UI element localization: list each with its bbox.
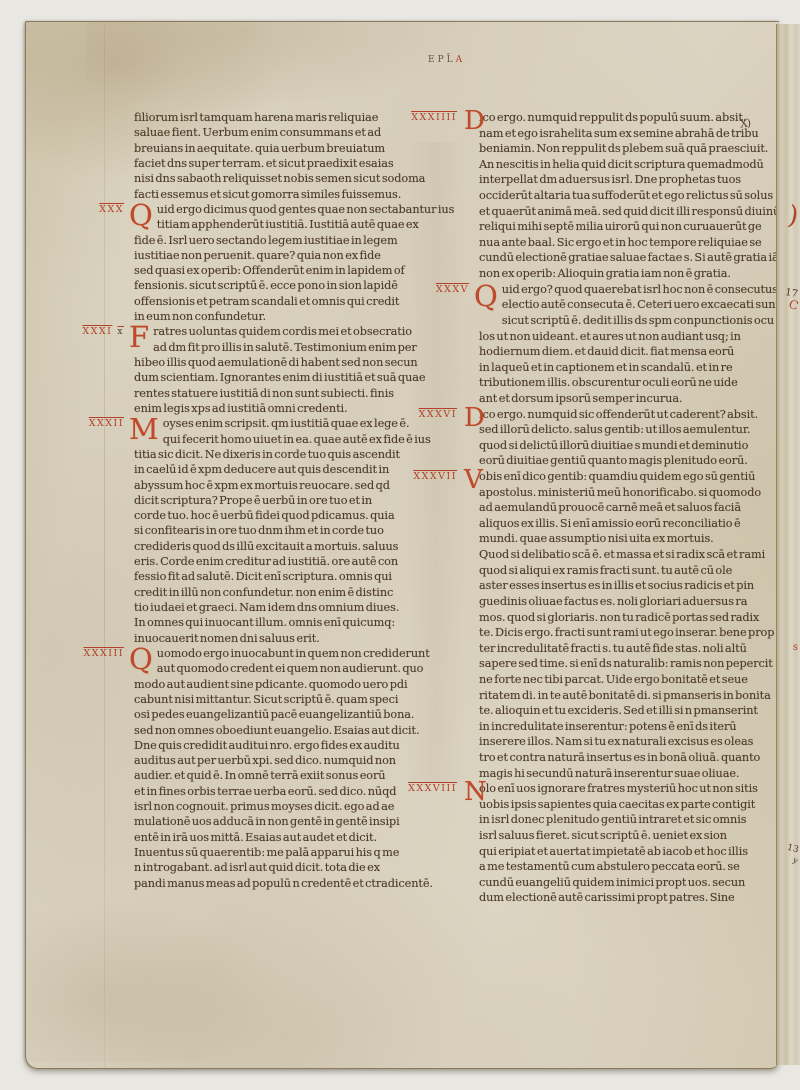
text-line: nua ante baal. Sic ergo et in hoc tempor…: [479, 235, 779, 251]
text-line: fessio fit ad salutē. Dicit enī scriptur…: [134, 569, 439, 584]
text-line: titia sic dicit. Ne dixeris in corde tuo…: [134, 447, 439, 462]
text-line: In omnes qui inuocant illum. omnis enī q…: [134, 615, 439, 630]
text-line: cabunt nisi mittantur. Sicut scriptū ē. …: [134, 692, 439, 707]
text-line: credideris quod ds illū excitauit a mort…: [134, 539, 439, 554]
text-line: tributionem illis. obscurentur oculi eor…: [479, 375, 779, 391]
text-section: XXXIIIIDico ergo. numquid reppulit ds po…: [479, 110, 779, 282]
text-line: qui eripiat et auertat impietatē ab iaco…: [479, 844, 779, 860]
text-line: obis enī dico gentib: quamdiu quidem ego…: [479, 469, 779, 485]
text-line: in laqueū et in captionem et in scandalū…: [479, 360, 779, 376]
text-line: guedinis oliuae factus es. noli gloriari…: [479, 594, 779, 610]
text-line: filiorum isrl tamquam harena maris reliq…: [134, 110, 439, 125]
text-line: Quod si delibatio scā ē. et massa et si …: [479, 547, 779, 563]
text-line: saluae fient. Uerbum enim consummans et …: [134, 125, 439, 140]
text-line: quod si aliqui ex ramis fracti sunt. tu …: [479, 563, 779, 579]
text-line: sed quasi ex operib: Offenderūt enim in …: [134, 263, 439, 278]
text-line: hibeo illis quod aemulationē di habent s…: [134, 355, 439, 370]
text-line: in eum non confundetur.: [134, 309, 439, 324]
text-line: Inuentus sū quaerentib: me palā apparui …: [134, 845, 439, 860]
fore-edge: )17Cs13y: [776, 24, 800, 1065]
text-line: An nescitis in helia quid dicit scriptur…: [479, 157, 779, 173]
drop-cap-initial: F: [129, 324, 153, 355]
chapter-numeral: XXXVII: [413, 471, 457, 482]
drop-cap-initial: M: [129, 416, 163, 447]
text-line: isrl saluus fieret. sicut scriptū ē. uen…: [479, 828, 779, 844]
text-line: inuocauerit nomen dni saluus erit.: [134, 631, 439, 646]
text-line: aster esses insertus es in illis et soci…: [479, 578, 779, 594]
running-title: EPL̄A: [428, 55, 465, 65]
text-line: in incredulitate inserentur: potens ē en…: [479, 719, 779, 735]
text-line: cundū euangeliū quidem inimici propt uos…: [479, 875, 779, 891]
text-line: modo aut audient sine pdicante. quomodo …: [134, 677, 439, 692]
drop-cap-initial: Q: [129, 646, 157, 677]
photograph-backdrop: EPL̄A X) filiorum isrl tamquam harena ma…: [0, 0, 800, 1090]
parchment-stain: [26, 902, 286, 1062]
text-line: electio autē consecuta ē. Ceteri uero ex…: [479, 297, 779, 313]
text-line: ico ergo. numquid reppulit ds populū suu…: [479, 110, 779, 126]
text-line: n introgabant. ad isrl aut quid dicit. t…: [134, 860, 439, 875]
text-line: fide ē. Isrl uero sectando legem iustiti…: [134, 233, 439, 248]
parchment-stain: [86, 22, 466, 112]
text-column-right: XXXIIIIDico ergo. numquid reppulit ds po…: [479, 110, 779, 906]
text-line: interpellat dm aduersus isrl. Dne prophe…: [479, 172, 779, 188]
text-line: tio iudaei et graeci. Nam idem dns omniu…: [134, 600, 439, 615]
text-line: oyses enim scripsit. qm iustitiā quae ex…: [134, 416, 439, 431]
text-line: in caelū id ē xpm deducere aut quis desc…: [134, 462, 439, 477]
text-line: pandi manus meas ad populū n credentē et…: [134, 876, 439, 891]
running-title-text: EPL̄: [428, 55, 456, 65]
text-line: faciet dns super terram. et sicut praedi…: [134, 156, 439, 171]
margin-ruling-line: [104, 22, 105, 1068]
text-line: sed non omnes oboediunt euangelio. Esaia…: [134, 723, 439, 738]
text-line: isrl non cognouit. primus moyses dicit. …: [134, 799, 439, 814]
text-line: te. Dicis ergo. fracti sunt rami ut ego …: [479, 625, 779, 641]
text-line: titiam apphenderūt iustitiā. Iustitiā au…: [134, 217, 439, 232]
text-section: XXXIIMoyses enim scripsit. qm iustitiā q…: [134, 416, 439, 646]
text-line: ne forte nec tibi parcat. Uide ergo boni…: [479, 672, 779, 688]
text-line: occiderūt altaria tua suffoderūt et ego …: [479, 188, 779, 204]
fore-edge-mark: C: [787, 298, 799, 312]
text-line: fensionis. sicut scriptū ē. ecce pono in…: [134, 278, 439, 293]
drop-cap-initial: D: [464, 108, 485, 134]
chapter-numeral: XXXVI: [419, 409, 457, 420]
text-section: filiorum isrl tamquam harena maris reliq…: [134, 110, 439, 202]
text-line: entē in irā uos mittā. Esaias aut audet …: [134, 830, 439, 845]
fore-edge-mark: s: [793, 643, 798, 653]
text-line: et quaerūt animā meā. sed quid dicit ill…: [479, 204, 779, 220]
text-line: quod si delictū illorū diuitiae s mundi …: [479, 438, 779, 454]
text-line: et in fines orbis terrae uerba eorū. sed…: [134, 784, 439, 799]
chapter-numeral: XXXV: [436, 284, 469, 295]
text-line: cundū electionē gratiae saluae factae s.…: [479, 250, 779, 266]
text-line: ter incredulitatē fracti s. tu autē fide…: [479, 641, 779, 657]
text-line: a me testamentū cum abstulero peccata eo…: [479, 859, 779, 875]
manuscript-page: EPL̄A X) filiorum isrl tamquam harena ma…: [25, 21, 779, 1069]
text-line: credit in illū non confundetur. non enim…: [134, 585, 439, 600]
text-line: mos. quod si gloriaris. non tu radicē po…: [479, 610, 779, 626]
text-section: XXXIIIQuomodo ergo inuocabunt in quem no…: [134, 646, 439, 891]
text-line: ad aemulandū prouocē carnē meā et saluos…: [479, 500, 779, 516]
drop-cap-initial: Q: [474, 282, 502, 313]
text-line: auditus aut per uerbū xpi. sed dico. num…: [134, 753, 439, 768]
text-section: XXXVQuid ergo? quod quaerebat isrl hoc n…: [479, 282, 779, 407]
text-line: audier. et quid ē. In omnē terrā exiit s…: [134, 768, 439, 783]
marginal-x-mark: x: [117, 327, 124, 337]
text-line: in isrl donec plenitudo gentiū intraret …: [479, 812, 779, 828]
text-line: sicut scriptū ē. dedit illis ds spm conp…: [479, 313, 779, 329]
text-line: te. alioquin et tu excideris. Sed et ill…: [479, 703, 779, 719]
text-line: Dne quis credidit auditui nro. ergo fide…: [134, 738, 439, 753]
text-line: iustitiae non peruenit. quare? quia non …: [134, 248, 439, 263]
text-line: dicit scriptura? Prope ē uerbū in ore tu…: [134, 493, 439, 508]
fore-edge-mark: y: [792, 856, 799, 865]
text-line: osi pedes euangelizantiū pacē euangeliza…: [134, 707, 439, 722]
text-line: beniamin. Non reppulit ds plebem suā quā…: [479, 141, 779, 157]
text-line: inserere illos. Nam si tu ex naturali ex…: [479, 734, 779, 750]
text-section: XXXQuid ergo dicimus quod gentes quae no…: [134, 202, 439, 325]
drop-cap-initial: D: [464, 405, 485, 431]
text-line: uid ergo dicimus quod gentes quae non se…: [134, 202, 439, 217]
text-line: uobis ipsis sapientes quia caecitas ex p…: [479, 797, 779, 813]
text-line: breuians in aequitate. quia uerbum breui…: [134, 141, 439, 156]
text-section: XXXVIIVobis enī dico gentib: quamdiu qui…: [479, 469, 779, 781]
chapter-numeral: XXXII: [89, 418, 124, 429]
text-line: corde tuo. hoc ē uerbū fidei quod pdicam…: [134, 508, 439, 523]
fore-edge-mark: ): [786, 202, 800, 229]
text-line: nisi dns sabaoth reliquisset nobis semen…: [134, 171, 439, 186]
text-line: nam et ego israhelita sum ex semine abra…: [479, 126, 779, 142]
text-line: apostolus. ministeriū meū honorificabo. …: [479, 485, 779, 501]
running-title-red-letter: A: [456, 55, 466, 65]
text-line: eorū diuitiae gentiū quanto magis plenit…: [479, 453, 779, 469]
text-line: mulationē uos adducā in non gentē in gen…: [134, 814, 439, 829]
text-line: ad dm fit pro illis in salutē. Testimoni…: [134, 340, 439, 355]
chapter-numeral: XXXVIII: [408, 783, 457, 794]
text-line: dum scientiam. Ignorantes enim di iustit…: [134, 370, 439, 385]
text-line: qui fecerit homo uiuet in ea. quae autē …: [134, 432, 439, 447]
text-line: ritatem di. in te autē bonitatē di. si p…: [479, 688, 779, 704]
text-line: mundi. quae assumptio nisi uita ex mortu…: [479, 531, 779, 547]
text-line: eris. Corde enim creditur ad iustitiā. o…: [134, 554, 439, 569]
text-line: si confitearis in ore tuo dnm ihm et in …: [134, 523, 439, 538]
chapter-numeral: XXXIIII: [411, 112, 457, 123]
text-line: los ut non uideant. et aures ut non audi…: [479, 329, 779, 345]
text-line: non ex operib: Alioquin gratia iam non ē…: [479, 266, 779, 282]
text-line: aliquos ex illis. Si enī amissio eorū re…: [479, 516, 779, 532]
text-line: offensionis et petram scandali et omnis …: [134, 294, 439, 309]
text-line: ant et dorsum ipsorū semper incurua.: [479, 391, 779, 407]
text-column-left: filiorum isrl tamquam harena maris reliq…: [134, 110, 439, 891]
drop-cap-initial: N: [464, 779, 487, 805]
text-line: facti essemus et sicut gomorra similes f…: [134, 187, 439, 202]
text-line: sapere sed time. si enī ds naturalib: ra…: [479, 656, 779, 672]
text-line: rentes statuere iustitiā di non sunt sub…: [134, 386, 439, 401]
text-line: dum electionē autē carissimi propt patre…: [479, 890, 779, 906]
chapter-numeral: XXXIx: [82, 326, 124, 337]
text-line: uid ergo? quod quaerebat isrl hoc non ē …: [479, 282, 779, 298]
text-line: ico ergo. numquid sic offenderūt ut cade…: [479, 407, 779, 423]
text-line: tro et contra naturā insertus es in bonā…: [479, 750, 779, 766]
text-line: ratres uoluntas quidem cordis mei et obs…: [134, 324, 439, 339]
text-line: abyssum hoc ē xpm ex mortuis reuocare. s…: [134, 478, 439, 493]
text-section: XXXIxFratres uoluntas quidem cordis mei …: [134, 324, 439, 416]
text-line: uomodo ergo inuocabunt in quem non credi…: [134, 646, 439, 661]
text-line: magis hi secundū naturā inserentur suae …: [479, 766, 779, 782]
drop-cap-initial: Q: [129, 202, 157, 233]
text-line: enim legis xps ad iustitiā omni credenti…: [134, 401, 439, 416]
text-line: sed illorū delicto. salus gentib: ut ill…: [479, 422, 779, 438]
text-section: XXXVIDico ergo. numquid sic offenderūt u…: [479, 407, 779, 469]
text-line: olo enī uos ignorare fratres mysteriū ho…: [479, 781, 779, 797]
chapter-numeral: XXXIII: [83, 648, 124, 659]
fore-edge-mark: 13: [786, 844, 799, 856]
chapter-numeral: XXX: [99, 204, 124, 215]
drop-cap-initial: V: [464, 467, 483, 493]
text-line: aut quomodo credent ei quem non audierun…: [134, 661, 439, 676]
text-line: hodiernum diem. et dauid dicit. fiat men…: [479, 344, 779, 360]
text-section: XXXVIIINolo enī uos ignorare fratres mys…: [479, 781, 779, 906]
text-line: reliqui mihi septē milia uirorū qui non …: [479, 219, 779, 235]
